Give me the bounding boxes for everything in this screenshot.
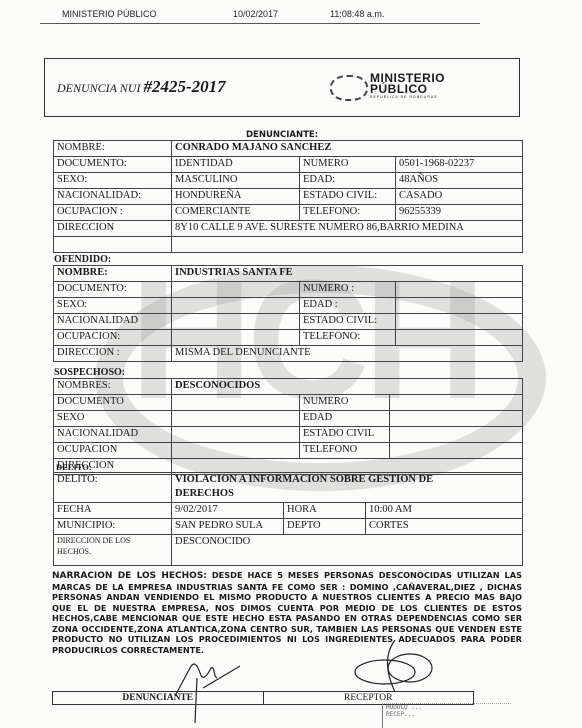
form-cell: DOCUMENTO [54,395,172,411]
form-cell: DOCUMENTO: [54,157,172,173]
section-sospechoso: SOSPECHOSO: [54,367,125,378]
form-cell: NOMBRES: [54,379,172,395]
form-cell: 10:00 AM [366,503,523,519]
header-org: MINISTERIO PÚBLICO [62,9,157,19]
form-cell [396,298,523,314]
form-cell: DEPTO [284,519,366,535]
ministerio-logo: MINISTERIOPÚBLICO REPUBLICA DE HONDURAS [330,73,490,103]
form-cell: SEXO: [54,298,172,314]
form-cell: MASCULINO [172,173,300,189]
form-cell: 48AÑOS [396,173,523,189]
form-cell [172,237,523,253]
receptor-signature [340,640,450,695]
form-row: NACIONALIDAD:HONDUREÑAESTADO CIVIL:CASAD… [54,189,523,205]
form-cell: CASADO [396,189,523,205]
form-cell: ESTADO CIVIL [300,427,390,443]
form-row: OCUPACION:TELEFONO: [54,330,523,346]
form-row: SEXO:EDAD : [54,298,523,314]
form-cell: NUMERO : [300,282,396,298]
form-cell: DOCUMENTO: [54,282,172,298]
form-cell: NACIONALIDAD [54,427,172,443]
form-row: NOMBRE:INDUSTRIAS SANTA FE [54,266,523,282]
delito-table: DELITO:VIOLACION A INFORMACION SOBRE GES… [53,472,523,566]
form-cell [396,330,523,346]
form-row: OCUPACIONTELEFONO [54,443,523,459]
form-row: NOMBRES:DESCONOCIDOS [54,379,523,395]
denuncia-nui: DENUNCIA NUI #2425-2017 [57,77,226,97]
form-cell: NUMERO [300,157,396,173]
form-cell: HONDUREÑA [172,189,300,205]
form-row: DIRECCION8Y10 CALLE 9 AVE. SURESTE NUMER… [54,221,523,237]
form-cell: VIOLACION A INFORMACION SOBRE GESTION DE… [172,473,523,503]
form-cell: OCUPACION [54,443,172,459]
form-cell: TELEFONO [300,443,390,459]
form-row: DIRECCION DE LOSHECHOS.DESCONOCIDO [54,535,523,566]
form-row: NACIONALIDADESTADO CIVIL [54,427,523,443]
form-row: SEXOEDAD [54,411,523,427]
form-cell [396,314,523,330]
form-cell: 0501-1968-02237 [396,157,523,173]
nui-number: #2425-2017 [143,77,225,96]
form-row [54,237,523,253]
ofendido-table: NOMBRE:INDUSTRIAS SANTA FE DOCUMENTO:NUM… [53,265,523,362]
form-cell: 8Y10 CALLE 9 AVE. SURESTE NUMERO 86,BARR… [172,221,523,237]
header-time: 11:08:48 a.m. [330,9,384,19]
form-row: DOCUMENTONUMERO [54,395,523,411]
form-cell [172,443,300,459]
form-cell: SEXO: [54,173,172,189]
form-cell: DELITO: [54,473,172,503]
form-cell: OCUPACION: [54,330,172,346]
form-cell [172,411,300,427]
header-date: 10/02/2017 [233,9,278,19]
seal-icon [330,75,368,101]
form-cell: TELEFONO: [300,205,396,221]
form-cell: COMERCIANTE [172,205,300,221]
form-cell [390,443,523,459]
form-cell: EDAD: [300,173,396,189]
form-row: DOCUMENTO:NUMERO : [54,282,523,298]
section-delito: DELITO: [56,462,92,472]
form-cell: SEXO [54,411,172,427]
form-cell [54,237,172,253]
form-row: OCUPACION :COMERCIANTETELEFONO:96255339 [54,205,523,221]
form-cell [172,282,300,298]
form-cell: EDAD : [300,298,396,314]
form-cell: CONRADO MAJANO SANCHEZ [172,141,523,157]
title-box: DENUNCIA NUI #2425-2017 MINISTERIOPÚBLIC… [44,58,520,117]
denunciante-signature-label: DENUNCIANTE [53,692,263,704]
form-cell: FECHA [54,503,172,519]
form-cell: HORA [284,503,366,519]
form-cell: MUNICIPIO: [54,519,172,535]
form-cell [390,395,523,411]
form-cell: DIRECCION [54,221,172,237]
form-cell: ESTADO CIVIL: [300,189,396,205]
form-cell: NACIONALIDAD [54,314,172,330]
form-cell: DIRECCION : [54,346,172,362]
form-cell: SAN PEDRO SULA [172,519,284,535]
reception-stamp: MODULO ... RECEP... [382,703,511,728]
form-row: NOMBRE:CONRADO MAJANO SANCHEZ [54,141,523,157]
form-cell: EDAD [300,411,390,427]
narracion-hechos: NARRACION DE LOS HECHOS: DESDE HACE 5 ME… [52,570,522,655]
form-row: DIRECCION :MISMA DEL DENUNCIANTE [54,346,523,362]
section-ofendido: OFENDIDO: [54,254,111,265]
form-row: MUNICIPIO:SAN PEDRO SULADEPTOCORTES [54,519,523,535]
form-cell: DIRECCION DE LOSHECHOS. [54,535,172,566]
form-cell [396,282,523,298]
section-denunciante: DENUNCIANTE: [246,130,318,140]
form-cell [172,330,300,346]
form-cell [172,427,300,443]
form-cell: CORTES [366,519,523,535]
form-cell [172,395,300,411]
form-cell [172,314,300,330]
form-cell: DESCONOCIDO [172,535,523,566]
form-row: FECHA9/02/2017HORA10:00 AM [54,503,523,519]
form-cell: NUMERO [300,395,390,411]
form-cell: INDUSTRIAS SANTA FE [172,266,523,282]
form-cell: DESCONOCIDOS [172,379,523,395]
form-cell [390,411,523,427]
denunciante-table: NOMBRE:CONRADO MAJANO SANCHEZ DOCUMENTO:… [53,140,523,253]
form-row: DOCUMENTO:IDENTIDADNUMERO0501-1968-02237 [54,157,523,173]
form-row: SEXO:MASCULINOEDAD:48AÑOS [54,173,523,189]
form-cell: ESTADO CIVIL: [300,314,396,330]
form-cell: TELEFONO: [300,330,396,346]
form-cell: 96255339 [396,205,523,221]
form-cell: OCUPACION : [54,205,172,221]
form-cell [172,298,300,314]
form-row: DELITO:VIOLACION A INFORMACION SOBRE GES… [54,473,523,503]
form-cell: NOMBRE: [54,141,172,157]
form-row: NACIONALIDADESTADO CIVIL: [54,314,523,330]
form-cell: NOMBRE: [54,266,172,282]
denunciante-signature [165,648,245,728]
form-cell: IDENTIDAD [172,157,300,173]
form-cell: NACIONALIDAD: [54,189,172,205]
sospechoso-table: NOMBRES:DESCONOCIDOS DOCUMENTONUMERO SEX… [53,378,523,475]
print-header: MINISTERIO PÚBLICO 10/02/2017 11:08:48 a… [40,6,480,24]
form-cell: MISMA DEL DENUNCIANTE [172,346,523,362]
form-cell [390,427,523,443]
form-cell: 9/02/2017 [172,503,284,519]
